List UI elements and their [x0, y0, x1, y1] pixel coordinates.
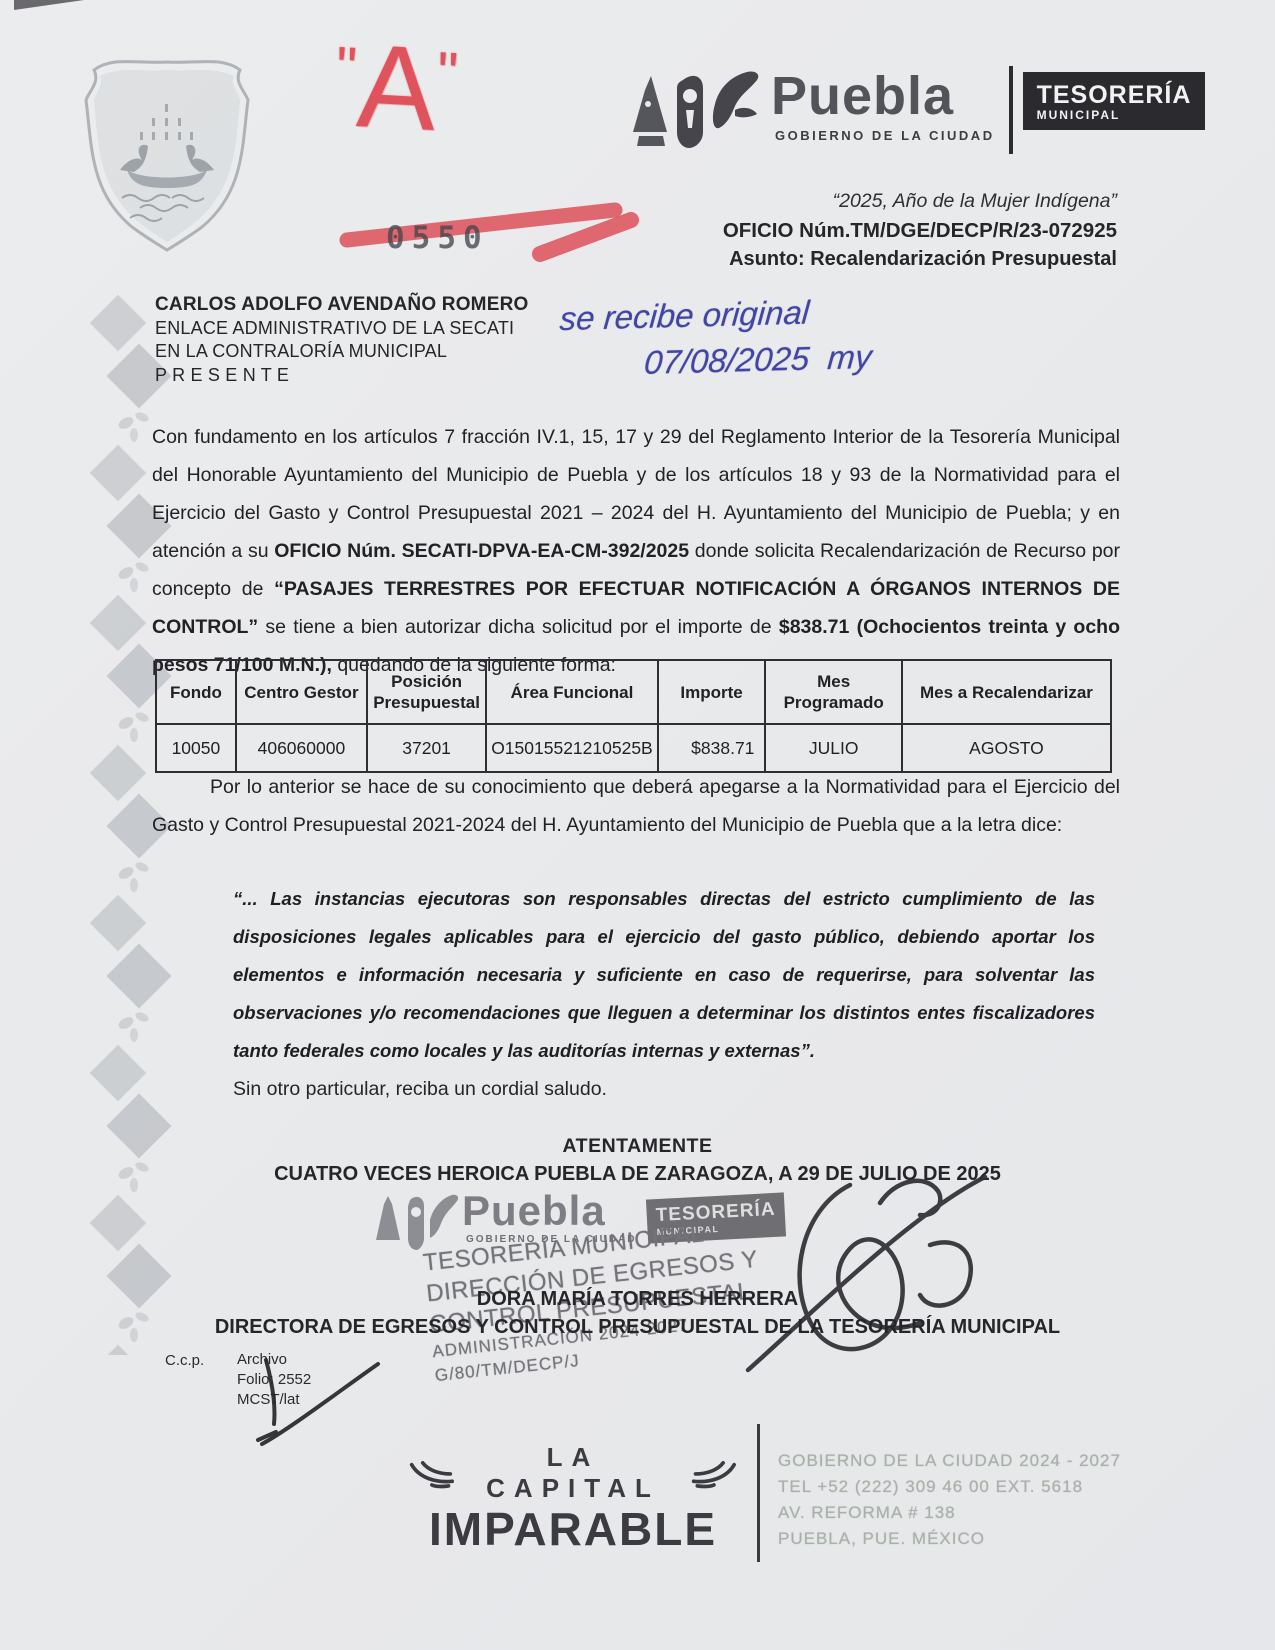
slogan-top-text: LA CAPITAL	[462, 1442, 684, 1504]
recalendarization-table: Fondo Centro Gestor Posición Presupuesta…	[155, 659, 1112, 773]
cell-posicion: 37201	[367, 724, 486, 772]
handwritten-reception-note: se recibe original 07/08/2025 my	[554, 288, 877, 388]
col-posicion: Posición Presupuestal	[367, 660, 486, 724]
atentamente-line: ATENTAMENTE	[0, 1135, 1275, 1158]
footer-line-4: PUEBLA, PUE. MÉXICO	[778, 1526, 1121, 1552]
col-mes-recal: Mes a Recalendarizar	[902, 660, 1111, 724]
addressee-block: CARLOS ADOLFO AVENDAÑO ROMERO ENLACE ADM…	[155, 293, 528, 387]
addressee-line1: ENLACE ADMINISTRATIVO DE LA SECATI	[155, 317, 528, 341]
col-mes-prog: Mes Programado	[765, 660, 902, 724]
closing-line: Sin otro particular, reciba un cordial s…	[233, 1078, 607, 1101]
tesoreria-badge-line1: TESORERÍA	[1037, 82, 1192, 108]
cell-mes-prog: JULIO	[765, 724, 902, 772]
right-wing-icon	[690, 1456, 738, 1490]
footer-line-2: TEL +52 (222) 309 46 00 EXT. 5618	[778, 1474, 1121, 1500]
table-row: 10050 406060000 37201 O15015521210525B $…	[156, 724, 1111, 772]
cell-importe: $838.71	[658, 724, 766, 772]
cell-fondo: 10050	[156, 724, 236, 772]
scanned-document-page: "A" 0550 Puebla GOBIERNO DE LA CIUDAD TE…	[0, 0, 1275, 1650]
red-close-quote: "	[435, 40, 461, 106]
reception-note-line1: se recibe original	[558, 288, 877, 342]
capital-imparable-logo: LA CAPITAL IMPARABLE	[408, 1442, 738, 1554]
tesoreria-badge-line2: MUNICIPAL	[1037, 108, 1192, 122]
folio-number-stamp: 0550	[386, 220, 489, 256]
logo-divider	[1009, 66, 1013, 154]
handwritten-signature	[730, 1155, 1010, 1385]
signer-title: DIRECTORA DE EGRESOS Y CONTROL PRESUPUES…	[0, 1316, 1275, 1339]
body-paragraph-2: Por lo anterior se hace de su conocimien…	[152, 768, 1120, 844]
footer-line-1: GOBIERNO DE LA CIUDAD 2024 - 2027	[778, 1448, 1121, 1474]
oficio-number: OFICIO Núm.TM/DGE/DECP/R/23-072925	[517, 216, 1117, 245]
col-importe: Importe	[658, 660, 766, 724]
reception-note-line2: 07/08/2025 my	[642, 334, 873, 386]
header-logo-block: Puebla GOBIERNO DE LA CIUDAD TESORERÍA M…	[615, 66, 1205, 158]
shield-watermark-icon	[82, 52, 252, 252]
left-wing-icon	[408, 1456, 456, 1490]
puebla-emblem-icons	[615, 66, 765, 158]
city-date-line: CUATRO VECES HEROICA PUEBLA DE ZARAGOZA,…	[0, 1163, 1275, 1186]
asunto-line: Asunto: Recalendarización Presupuestal	[517, 245, 1117, 273]
slogan-bottom-text: IMPARABLE	[408, 1504, 738, 1554]
col-area: Área Funcional	[486, 660, 658, 724]
footer-line-3: AV. REFORMA # 138	[778, 1500, 1121, 1526]
tesoreria-badge: TESORERÍA MUNICIPAL	[1023, 72, 1206, 130]
year-legend: “2025, Año de la Mujer Indígena”	[517, 186, 1117, 216]
col-fondo: Fondo	[156, 660, 236, 724]
handwritten-check-mark	[228, 1352, 388, 1452]
cell-mes-recal: AGOSTO	[902, 724, 1111, 772]
addressee-name: CARLOS ADOLFO AVENDAÑO ROMERO	[155, 293, 528, 317]
addressee-line3: P R E S E N T E	[155, 364, 528, 388]
scan-corner-artifact	[14, 0, 84, 10]
cell-centro: 406060000	[236, 724, 367, 772]
table-header-row: Fondo Centro Gestor Posición Presupuesta…	[156, 660, 1111, 724]
signer-name: DORA MARÍA TORRES HERRERA	[0, 1288, 1275, 1311]
normative-quote: “... Las instancias ejecutoras son respo…	[233, 880, 1095, 1070]
cell-area: O15015521210525B	[486, 724, 658, 772]
footer-divider	[757, 1424, 760, 1562]
body-paragraph-1: Con fundamento en los artículos 7 fracci…	[152, 418, 1120, 684]
red-grade-annotation: "A"	[332, 25, 462, 151]
puebla-wordmark: Puebla	[771, 66, 995, 126]
reception-initials: my	[826, 338, 873, 376]
header-right-block: “2025, Año de la Mujer Indígena” OFICIO …	[517, 186, 1117, 273]
col-centro: Centro Gestor	[236, 660, 367, 724]
ccp-label: C.c.p.	[165, 1352, 204, 1369]
gobierno-tagline: GOBIERNO DE LA CIUDAD	[775, 128, 995, 143]
addressee-line2: EN LA CONTRALORÍA MUNICIPAL	[155, 340, 528, 364]
footer-contact-block: GOBIERNO DE LA CIUDAD 2024 - 2027 TEL +5…	[778, 1448, 1121, 1552]
red-letter-a: A	[354, 20, 440, 156]
reception-date: 07/08/2025	[643, 340, 811, 381]
